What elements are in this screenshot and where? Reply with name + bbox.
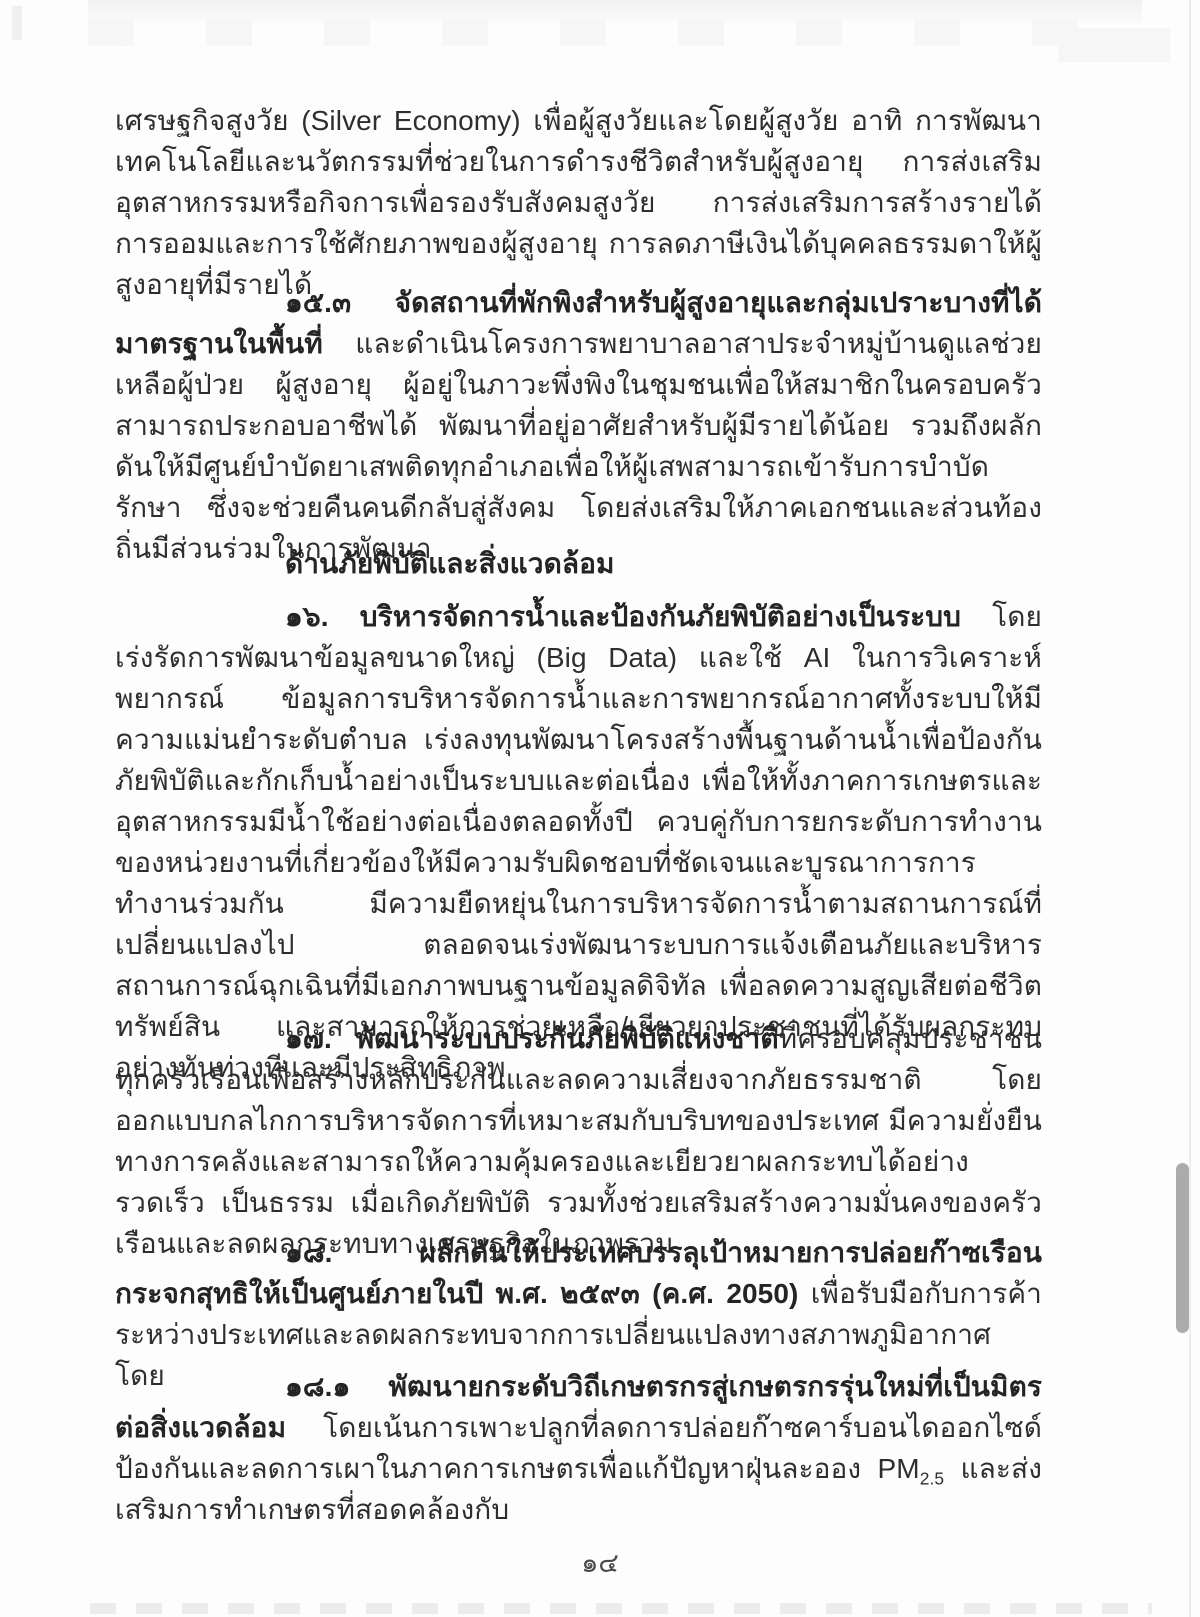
paragraph-lead: ๑๗. พัฒนาระบบประกันภัยพิบัติแห่งชาติ [285, 1023, 779, 1054]
paragraph-lead: ๑๖. บริหารจัดการน้ำและป้องกันภัยพิบัติอย… [285, 601, 961, 632]
paragraph-18-1-green-agriculture: ๑๘.๑ พัฒนายกระดับวิถีเกษตรกรสู่เกษตรกรรุ… [115, 1366, 1042, 1530]
paragraph-16-water-management: ๑๖. บริหารจัดการน้ำและป้องกันภัยพิบัติอย… [115, 596, 1042, 1088]
scan-artifact-top-band [88, 0, 1142, 22]
paragraph-silver-economy: เศรษฐกิจสูงวัย (Silver Economy) เพื่อผู้… [115, 100, 1042, 305]
pm25-subscript: 2.5 [920, 1469, 944, 1489]
page-edge-line [1189, 0, 1191, 1617]
section-heading-disaster-environment: ด้านภัยพิบัติและสิ่งแวดล้อม [115, 543, 1042, 584]
paragraph-body: ที่ครอบคลุมประชาชนทุกครัวเรือนเพื่อสร้าง… [115, 1023, 1042, 1259]
scan-artifact-bottom-band [90, 1603, 1152, 1614]
scan-artifact-top-right [1058, 28, 1170, 62]
paragraph-17-disaster-insurance: ๑๗. พัฒนาระบบประกันภัยพิบัติแห่งชาติที่ค… [115, 1018, 1042, 1264]
paragraph-body: เศรษฐกิจสูงวัย (Silver Economy) เพื่อผู้… [115, 105, 1042, 300]
scrollbar-thumb[interactable] [1176, 1163, 1189, 1333]
scan-artifact-top-teeth [88, 20, 1142, 46]
document-page: เศรษฐกิจสูงวัย (Silver Economy) เพื่อผู้… [0, 0, 1200, 1617]
scan-artifact-left-edge [12, 6, 22, 40]
heading-label: ด้านภัยพิบัติและสิ่งแวดล้อม [285, 548, 615, 579]
paragraph-body: โดยเร่งรัดการพัฒนาข้อมูลขนาดใหญ่ (Big Da… [115, 601, 1042, 1083]
page-number: ๑๔ [0, 1541, 1200, 1584]
paragraph-body: และดำเนินโครงการพยาบาลอาสาประจำหมู่บ้านด… [115, 328, 1042, 564]
paragraph-15-3: ๑๕.๓ จัดสถานที่พักพิงสำหรับผู้สูงอายุและ… [115, 282, 1042, 569]
